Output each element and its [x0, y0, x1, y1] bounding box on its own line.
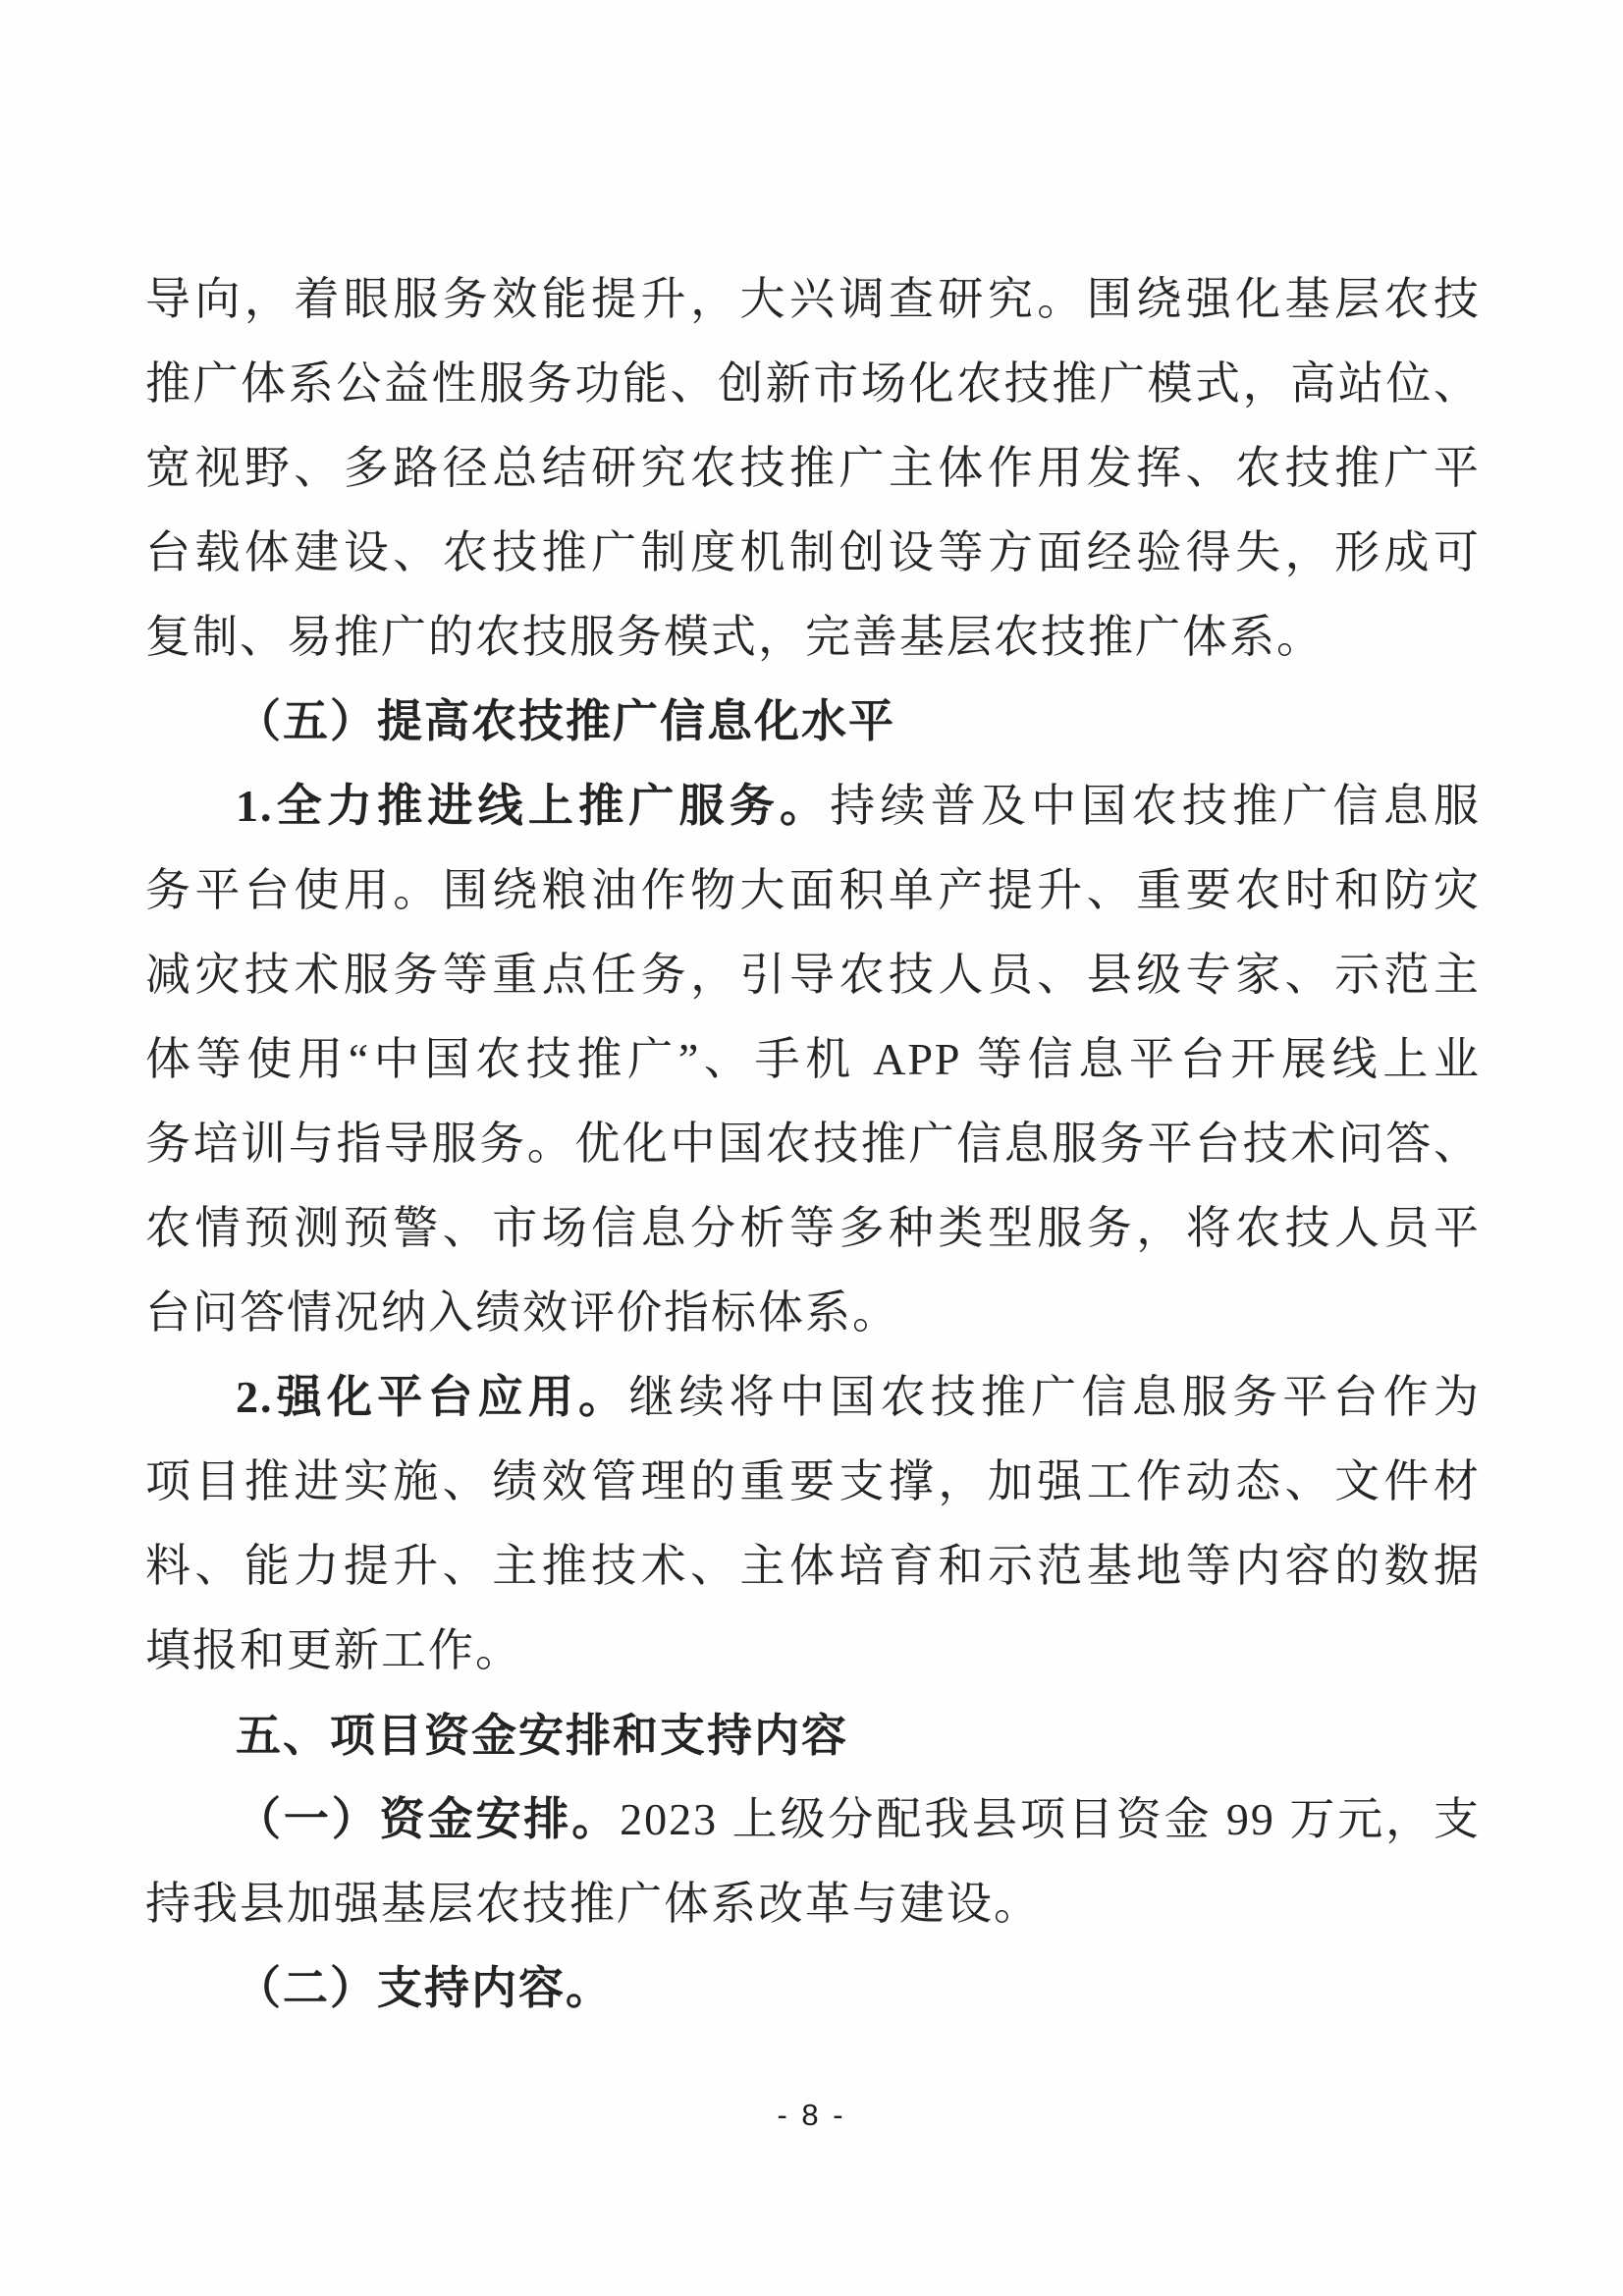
paragraph-lead: （一）资金安排。 — [236, 1794, 620, 1844]
text-line: （二）支持内容。 — [145, 1946, 1481, 2031]
text-line: 导向，着眼服务效能提升，大兴调查研究。围绕强化基层农技 — [145, 257, 1481, 342]
text-line: 复制、易推广的农技服务模式，完善基层农技推广体系。 — [145, 595, 1481, 680]
text-line: 1.全力推进线上推广服务。持续普及中国农技推广信息服 — [145, 764, 1481, 848]
text-line: 料、能力提升、主推技术、主体培育和示范基地等内容的数据 — [145, 1524, 1481, 1609]
text-line: 项目推进实施、绩效管理的重要支撑，加强工作动态、文件材 — [145, 1440, 1481, 1524]
section-heading: 五、项目资金安排和支持内容 — [145, 1693, 1481, 1777]
text-line: （一）资金安排。2023 上级分配我县项目资金 99 万元，支 — [145, 1777, 1481, 1862]
text-line: 台载体建设、农技推广制度机制创设等方面经验得失，形成可 — [145, 511, 1481, 595]
sub-heading: （五）提高农技推广信息化水平 — [145, 680, 1481, 764]
paragraph-lead: 2.强化平台应用。 — [236, 1372, 628, 1422]
text-line: 台问答情况纳入绩效评价指标体系。 — [145, 1271, 1481, 1355]
page-number: - 8 - — [0, 2098, 1623, 2133]
text-line: 减灾技术服务等重点任务，引导农技人员、县级专家、示范主 — [145, 933, 1481, 1017]
text-line: 持我县加强基层农技推广体系改革与建设。 — [145, 1862, 1481, 1946]
text-line: 农情预测预警、市场信息分析等多种类型服务，将农技人员平 — [145, 1186, 1481, 1271]
text-line: 推广体系公益性服务功能、创新市场化农技推广模式，高站位、 — [145, 342, 1481, 426]
scanned-document-page: 导向，着眼服务效能提升，大兴调查研究。围绕强化基层农技推广体系公益性服务功能、创… — [0, 0, 1623, 2296]
text-line: 2.强化平台应用。继续将中国农技推广信息服务平台作为 — [145, 1355, 1481, 1440]
text-line: 务培训与指导服务。优化中国农技推广信息服务平台技术问答、 — [145, 1102, 1481, 1186]
document-text-block: 导向，着眼服务效能提升，大兴调查研究。围绕强化基层农技推广体系公益性服务功能、创… — [145, 257, 1481, 2031]
paragraph-lead: 1.全力推进线上推广服务。 — [236, 781, 830, 831]
text-line: 体等使用“中国农技推广”、手机 APP 等信息平台开展线上业 — [145, 1017, 1481, 1102]
paragraph-lead: （二）支持内容。 — [236, 1963, 613, 2013]
text-line: 填报和更新工作。 — [145, 1609, 1481, 1693]
text-line: 务平台使用。围绕粮油作物大面积单产提升、重要农时和防灾 — [145, 848, 1481, 933]
text-line: 宽视野、多路径总结研究农技推广主体作用发挥、农技推广平 — [145, 426, 1481, 511]
